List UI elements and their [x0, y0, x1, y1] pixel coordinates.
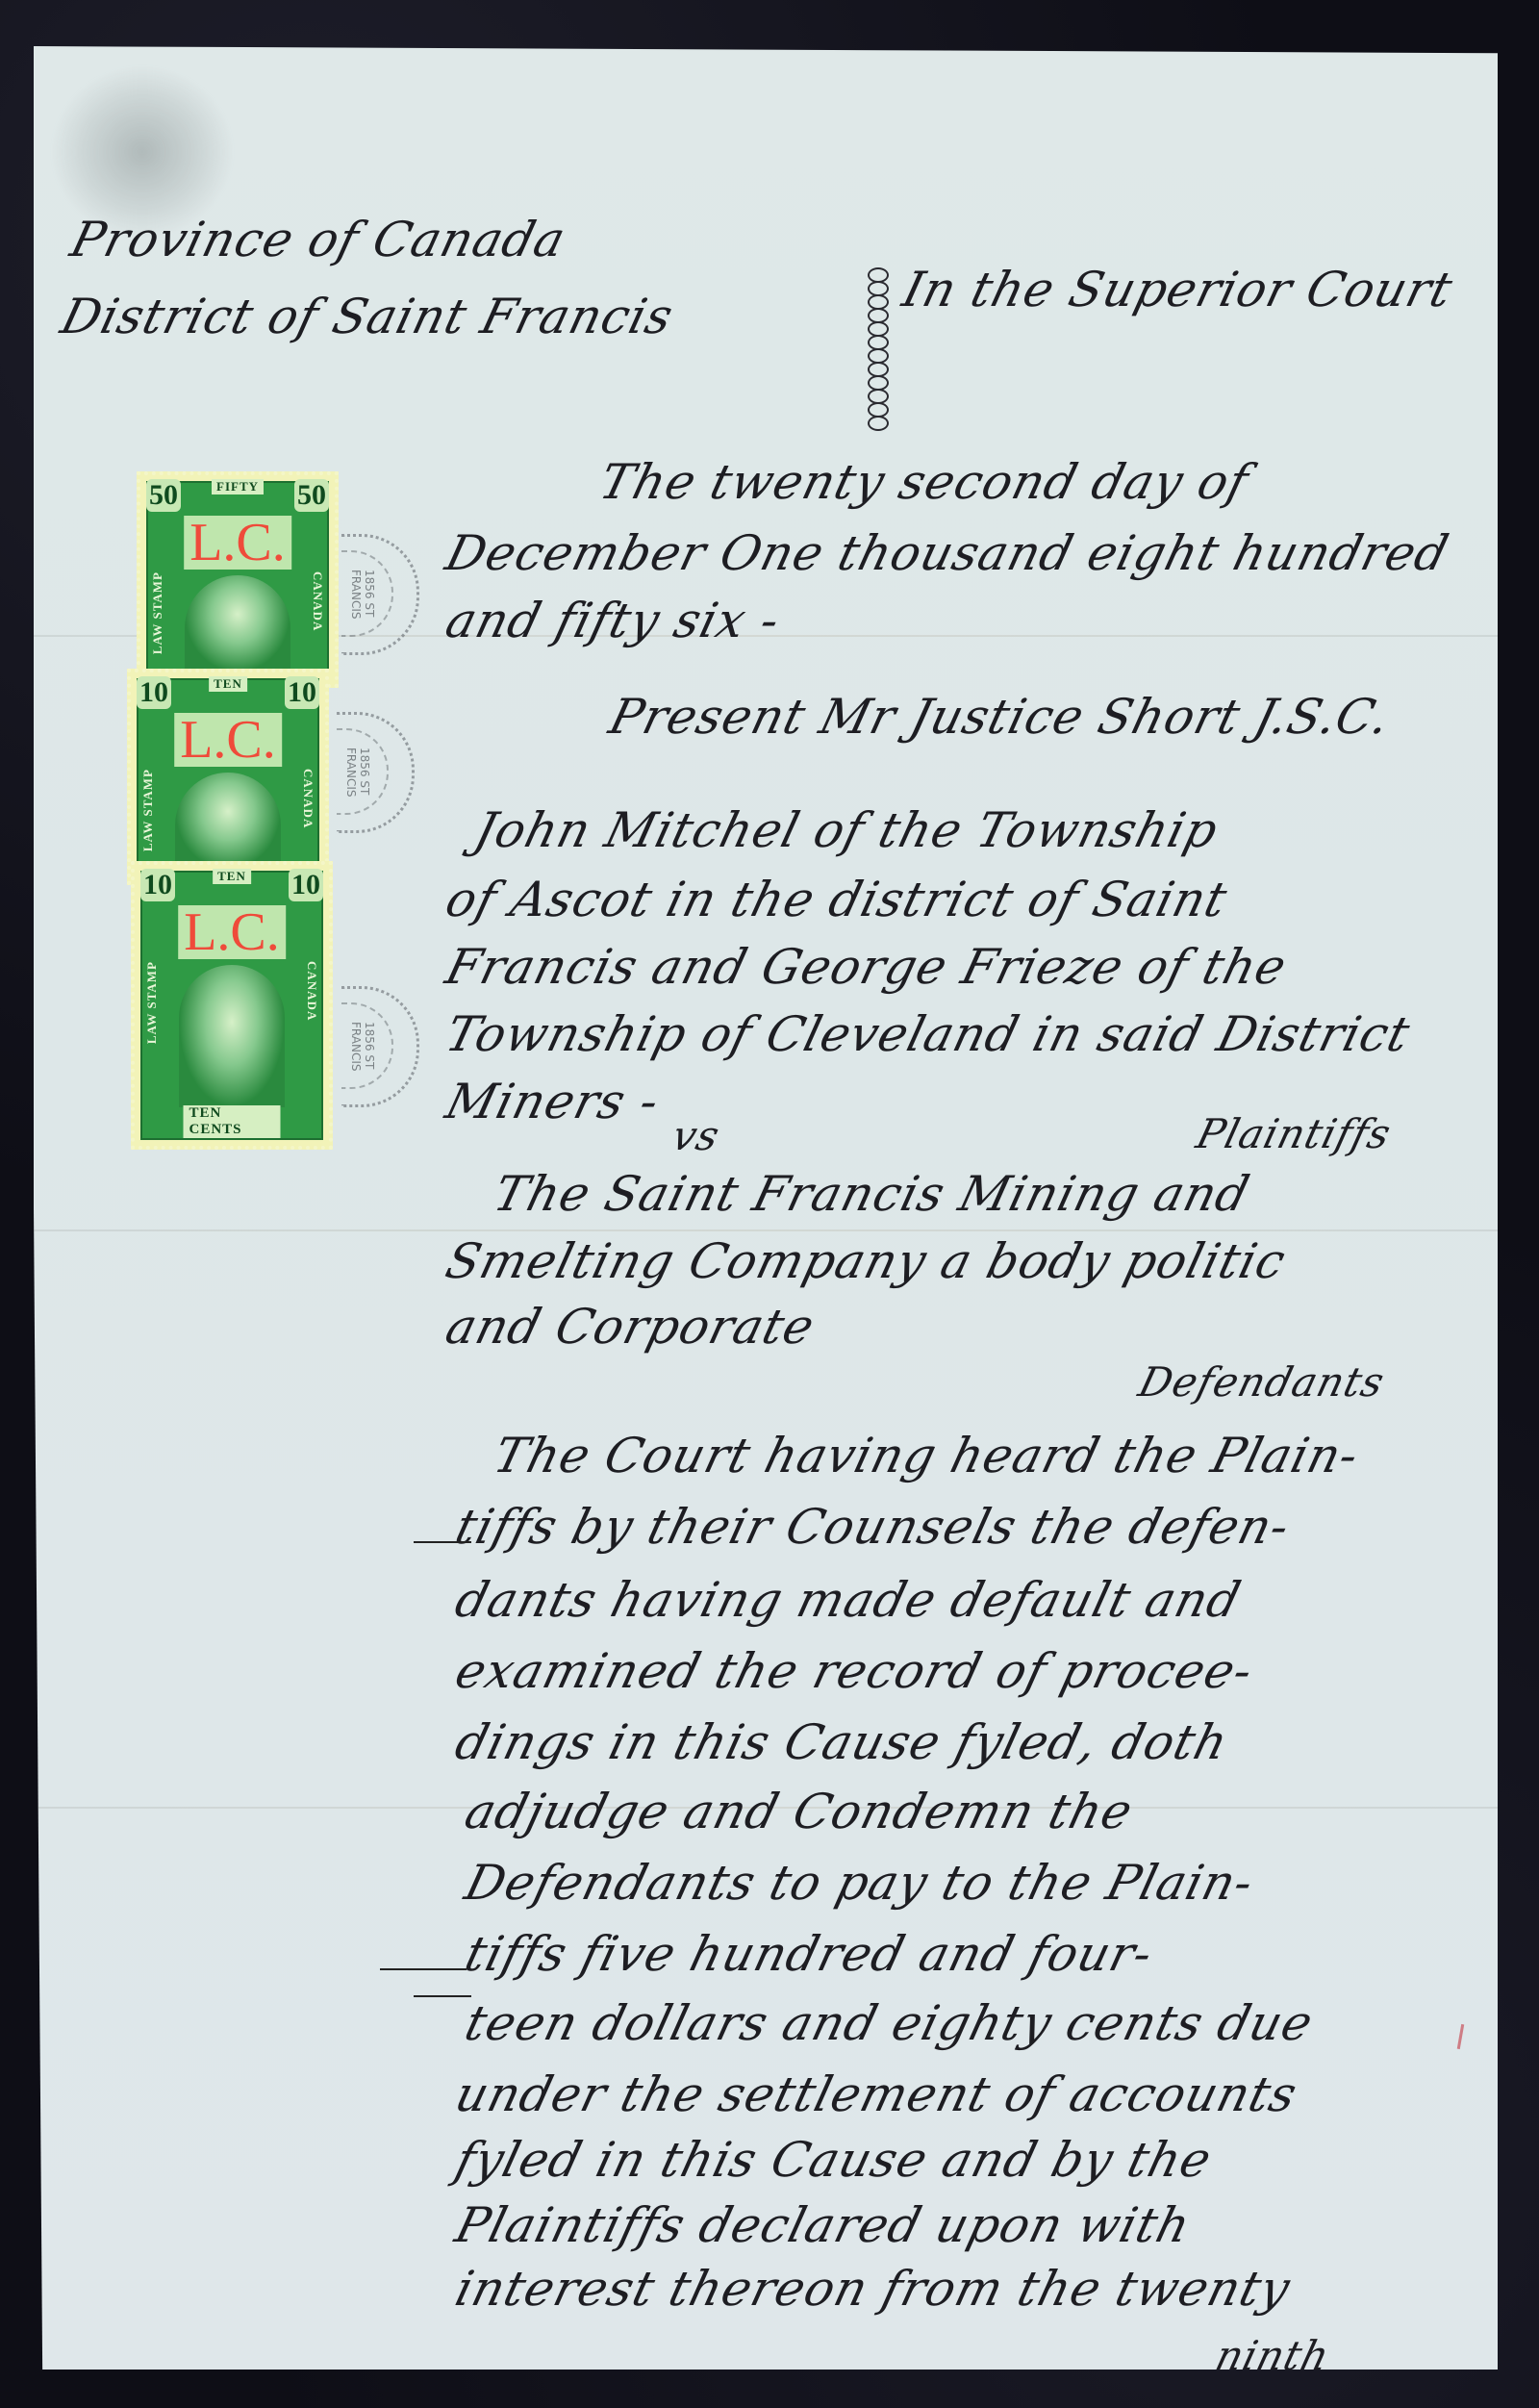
- stamp-side-text: LAW STAMP: [140, 769, 156, 851]
- stamp-denomination: 10: [140, 869, 175, 901]
- judgment-line-11: fyled in this Cause and by the: [451, 2136, 1217, 2184]
- margin-pen-stroke: [380, 1968, 467, 1970]
- stamp-denomination: 50: [146, 479, 181, 512]
- judgment-line-4: examined the record of procee-: [451, 1647, 1258, 1695]
- versus-mark: vs: [669, 1116, 724, 1156]
- stamp-overprint: L.C.: [184, 516, 291, 570]
- law-stamp-10-cents: 10 10 TEN L.C. LAW STAMP CANADA TEN CENT…: [131, 861, 333, 1150]
- heading-district: District of Saint Francis: [57, 292, 678, 341]
- defendants-line-2: Smelting Company a body politic: [442, 1237, 1291, 1285]
- law-stamp-50-cents: 50 50 FIFTY L.C. LAW STAMP CANADA: [137, 471, 339, 688]
- present-judge: Present Mr Justice Short J.S.C.: [605, 693, 1396, 741]
- justice-figure-icon: [185, 575, 290, 672]
- judgment-line-10: under the settlement of accounts: [451, 2070, 1302, 2118]
- stamp-value-word: FIFTY: [212, 479, 264, 494]
- stamp-overprint: L.C.: [174, 713, 282, 767]
- judgment-line-2: tiffs by their Counsels the defen-: [451, 1503, 1295, 1551]
- stamp-side-text: CANADA: [304, 961, 319, 1021]
- plaintiffs-label: Plaintiffs: [1193, 1114, 1396, 1154]
- document-sheet: Province of Canada District of Saint Fra…: [34, 46, 1498, 2370]
- defendants-label: Defendants: [1135, 1362, 1389, 1403]
- curly-brace-icon: [861, 269, 896, 433]
- judgment-line-6: adjudge and Condemn the: [461, 1787, 1138, 1836]
- stamp-side-text: CANADA: [300, 769, 315, 828]
- stamp-denomination: 10: [285, 676, 319, 709]
- judgment-line-13: interest thereon from the twenty: [451, 2265, 1296, 2313]
- stamp-value-word: TEN: [209, 676, 247, 692]
- judgment-line-3: dants having made default and: [451, 1576, 1246, 1624]
- judgment-line-7: Defendants to pay to the Plain-: [461, 1859, 1259, 1907]
- heading-court: In the Superior Court: [898, 266, 1457, 314]
- stamp-overprint: L.C.: [178, 905, 286, 959]
- plaintiffs-line-2: of Ascot in the district of Saint: [442, 875, 1232, 924]
- justice-figure-icon: [179, 965, 285, 1107]
- defendants-line-1: The Saint Francis Mining and: [490, 1170, 1254, 1218]
- date-line-3: and fifty six -: [442, 596, 785, 645]
- date-line-2: December One thousand eight hundred: [442, 529, 1453, 577]
- defendants-line-3: and Corporate: [442, 1303, 820, 1351]
- judgment-line-8: tiffs five hundred and four-: [461, 1930, 1158, 1978]
- margin-pen-stroke: [414, 1995, 471, 1997]
- red-pencil-tick: [1457, 2024, 1464, 2049]
- stamp-side-text: LAW STAMP: [144, 961, 160, 1044]
- justice-figure-icon: [175, 773, 281, 870]
- plaintiffs-line-3: Francis and George Frieze of the: [442, 943, 1292, 991]
- margin-pen-stroke: [414, 1541, 471, 1543]
- heading-province: Province of Canada: [66, 215, 570, 264]
- stamp-value-word: TEN: [213, 869, 251, 884]
- stamp-denomination: 10: [289, 869, 323, 901]
- stamp-denomination: 10: [137, 676, 171, 709]
- plaintiffs-line-1: John Mitchel of the Township: [470, 806, 1224, 854]
- judgment-line-5: dings in this Cause fyled, doth: [451, 1718, 1233, 1766]
- judgment-line-9: teen dollars and eighty cents due: [461, 1999, 1318, 2047]
- plaintiffs-line-5: Miners -: [442, 1077, 665, 1126]
- plaintiffs-line-4: Township of Cleveland in said District: [442, 1010, 1415, 1058]
- fold-line: [34, 1229, 1498, 1231]
- judgment-line-12: Plaintiffs declared upon with: [451, 2201, 1196, 2249]
- stamp-denomination: 50: [294, 479, 329, 512]
- stamp-side-text: CANADA: [310, 571, 325, 631]
- stamp-side-text: LAW STAMP: [150, 571, 165, 654]
- date-line-1: The twenty second day of: [595, 458, 1253, 506]
- stamp-bottom-text: TEN CENTS: [184, 1105, 281, 1138]
- judgment-line-1: The Court having heard the Plain-: [490, 1432, 1364, 1480]
- law-stamp-10-cents: 10 10 TEN L.C. LAW STAMP CANADA: [127, 669, 329, 885]
